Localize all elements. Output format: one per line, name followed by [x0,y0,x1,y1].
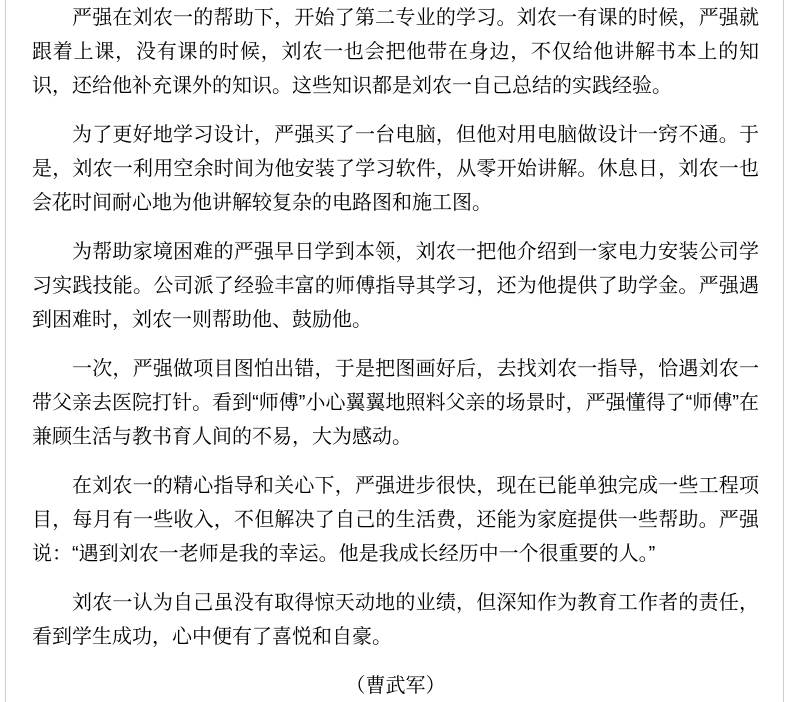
paragraph-5: 在刘农一的精心指导和关心下，严强进步很快，现在已能单独完成一些工程项目，每月有一… [32,469,759,571]
author-signature: （曹武军） [32,669,759,702]
paragraph-2: 为了更好地学习设计，严强买了一台电脑，但他对用电脑做设计一窍不通。于是，刘农一利… [32,118,759,220]
paragraph-1: 严强在刘农一的帮助下，开始了第二专业的学习。刘农一有课的时候，严强就跟着上课，没… [32,1,759,103]
paragraph-4: 一次，严强做项目图怕出错，于是把图画好后，去找刘农一指导，恰遇刘农一带父亲去医院… [32,352,759,454]
paragraph-3: 为帮助家境困难的严强早日学到本领，刘农一把他介绍到一家电力安装公司学习实践技能。… [32,235,759,337]
article-page: 严强在刘农一的帮助下，开始了第二专业的学习。刘农一有课的时候，严强就跟着上课，没… [5,0,784,702]
paragraph-6: 刘农一认为自己虽没有取得惊天动地的业绩，但深知作为教育工作者的责任，看到学生成功… [32,586,759,654]
